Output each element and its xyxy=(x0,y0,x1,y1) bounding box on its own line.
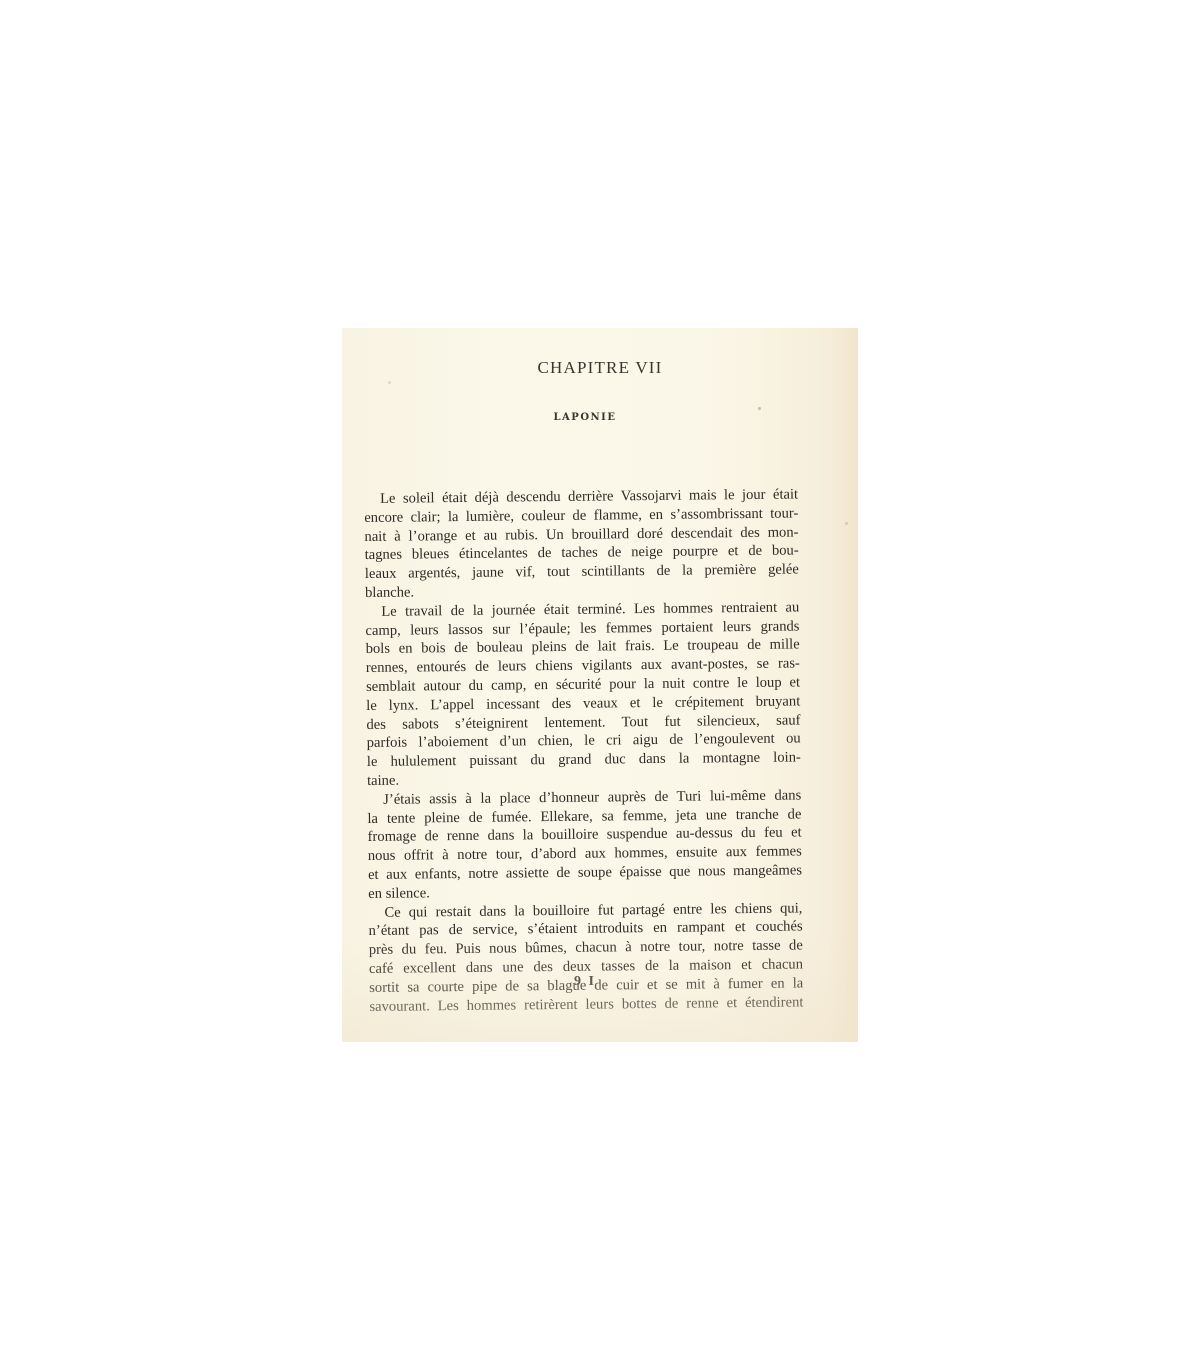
body-text: Le soleil était déjà descendu derrière V… xyxy=(364,485,803,1016)
chapter-title: CHAPITRE VII xyxy=(342,358,858,378)
text-line: savourant. Les hommes retirèrent leurs b… xyxy=(369,993,803,1016)
paper-speck xyxy=(758,407,761,410)
paper-speck xyxy=(845,522,848,525)
paragraph-3: J’étais assis à la place d’honneur auprè… xyxy=(367,786,802,903)
paper-speck xyxy=(388,381,391,384)
book-page: CHAPITRE VII LAPONIE Le soleil était déj… xyxy=(342,328,858,1042)
page-number: 9 I xyxy=(342,974,858,990)
paragraph-4: Ce qui restait dans la bouilloire fut pa… xyxy=(368,899,803,1016)
paragraph-2: Le travail de la journée était terminé. … xyxy=(365,598,801,791)
paragraph-1: Le soleil était déjà descendu derrière V… xyxy=(364,485,799,602)
section-title: LAPONIE xyxy=(342,412,858,423)
